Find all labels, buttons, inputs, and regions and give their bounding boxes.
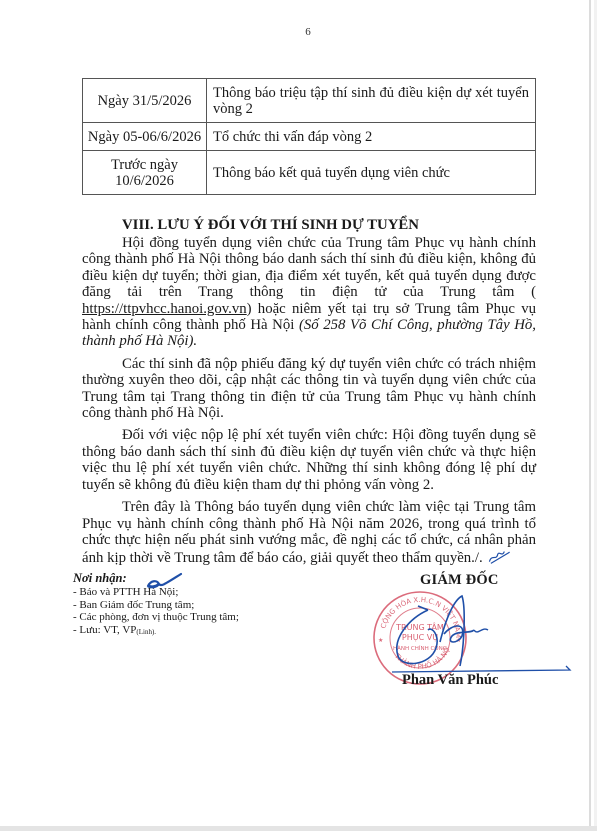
recipient-item: - Các phòng, đơn vị thuộc Trung tâm;	[73, 611, 313, 624]
paragraph-responsibility: Các thí sinh đã nộp phiếu đăng ký dự tuy…	[82, 356, 536, 422]
recipient-item-text: - Lưu: VT, VP	[73, 624, 136, 636]
paragraph-publication: Hội đồng tuyển dụng viên chức của Trung …	[82, 235, 536, 350]
page-edge-bottom	[0, 826, 597, 831]
paragraph-text: Trên đây là Thông báo tuyển dụng viên ch…	[82, 499, 536, 566]
recipient-subscript: (Linh).	[136, 628, 156, 636]
table-row: Trước ngày 10/6/2026 Thông báo kết quả t…	[83, 151, 536, 195]
recipient-item: - Lưu: VT, VP(Linh).	[73, 624, 313, 639]
website-link[interactable]: https://ttpvhcc.hanoi.gov.vn	[82, 301, 247, 317]
page-edge-right	[589, 0, 591, 827]
schedule-date: Ngày 31/5/2026	[83, 79, 207, 123]
schedule-date: Trước ngày 10/6/2026	[83, 151, 207, 195]
handwritten-initials-icon	[484, 545, 513, 565]
paragraph-closing: Trên đây là Thông báo tuyển dụng viên ch…	[82, 499, 536, 567]
schedule-table: Ngày 31/5/2026 Thông báo triệu tập thí s…	[82, 78, 536, 195]
recipient-item: - Ban Giám đốc Trung tâm;	[73, 599, 313, 612]
schedule-description: Tổ chức thi vấn đáp vòng 2	[207, 123, 536, 151]
handwritten-signature-icon	[370, 578, 580, 678]
recipient-item: - Báo và PTTH Hà Nội;	[73, 586, 313, 599]
recipients-block: Nơi nhận: - Báo và PTTH Hà Nội; - Ban Gi…	[73, 570, 313, 638]
schedule-date-text: Trước ngày 10/6/2026	[102, 157, 188, 189]
signer-name: Phan Văn Phúc	[402, 672, 498, 689]
section-heading: VIII. LƯU Ý ĐỐI VỚI THÍ SINH DỰ TUYỂN	[122, 217, 536, 234]
schedule-description: Thông báo kết quả tuyển dụng viên chức	[207, 151, 536, 195]
table-row: Ngày 31/5/2026 Thông báo triệu tập thí s…	[83, 79, 536, 123]
page-number: 6	[300, 26, 316, 38]
recipients-label: Nơi nhận:	[73, 570, 313, 586]
notes-section: VIII. LƯU Ý ĐỐI VỚI THÍ SINH DỰ TUYỂN Hộ…	[82, 217, 536, 573]
handwritten-tick-icon	[145, 572, 185, 592]
schedule-description: Thông báo triệu tập thí sinh đủ điều kiệ…	[207, 79, 536, 123]
paragraph-text: Hội đồng tuyển dụng viên chức của Trung …	[82, 235, 536, 300]
table-row: Ngày 05-06/6/2026 Tổ chức thi vấn đáp vò…	[83, 123, 536, 151]
paragraph-fees: Đối với việc nộp lệ phí xét tuyển viên c…	[82, 427, 536, 493]
signature-block: CỘNG HÒA X.H.C.N VIỆT NAM THÀNH PHỐ HÀ N…	[370, 568, 570, 708]
schedule-date: Ngày 05-06/6/2026	[83, 123, 207, 151]
